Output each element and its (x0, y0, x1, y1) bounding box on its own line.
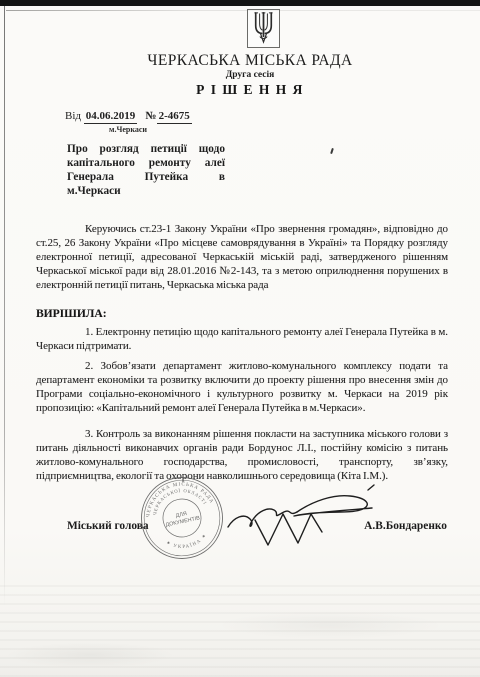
scan-paper-edge (6, 10, 480, 11)
session-line: Друга сесія (20, 70, 480, 80)
subject-block: Про розгляд петиції щодо капітального ре… (67, 142, 225, 198)
resolved-label: ВИРІШИЛА: (36, 307, 448, 321)
city-line: м.Черкаси (88, 125, 168, 134)
scan-noise (0, 585, 480, 677)
doc-type-title: Р І Ш Е Н Н Я (20, 82, 480, 98)
resolution-item-1: 1. Електронну петицію щодо капітального … (36, 326, 448, 354)
resolution-item-2: 2. Зобов’язати департамент житлово-комун… (36, 360, 448, 416)
scan-top-bar (0, 0, 480, 6)
date-value: 04.06.2019 (84, 110, 138, 124)
org-name: ЧЕРКАСЬКА МІСЬКА РАДА (20, 52, 480, 70)
signer-title: Міський голова (67, 520, 149, 532)
number-value: 2-4675 (157, 110, 192, 124)
scan-speck (330, 148, 334, 154)
number-label: № (146, 110, 157, 122)
meta-line: Від 04.06.2019 №2-4675 (65, 110, 192, 122)
date-label: Від (65, 110, 81, 122)
document-page: ЧЕРКАСЬКА МІСЬКА РАДА Друга сесія Р І Ш … (0, 0, 480, 677)
preamble-paragraph: Керуючись ст.23-1 Закону України «Про зв… (36, 223, 448, 293)
handwritten-signature (198, 483, 388, 558)
trident-emblem-icon (247, 9, 280, 48)
resolution-item-3: 3. Контроль за виконанням рішення поклас… (36, 428, 448, 484)
scan-left-line (4, 6, 5, 606)
